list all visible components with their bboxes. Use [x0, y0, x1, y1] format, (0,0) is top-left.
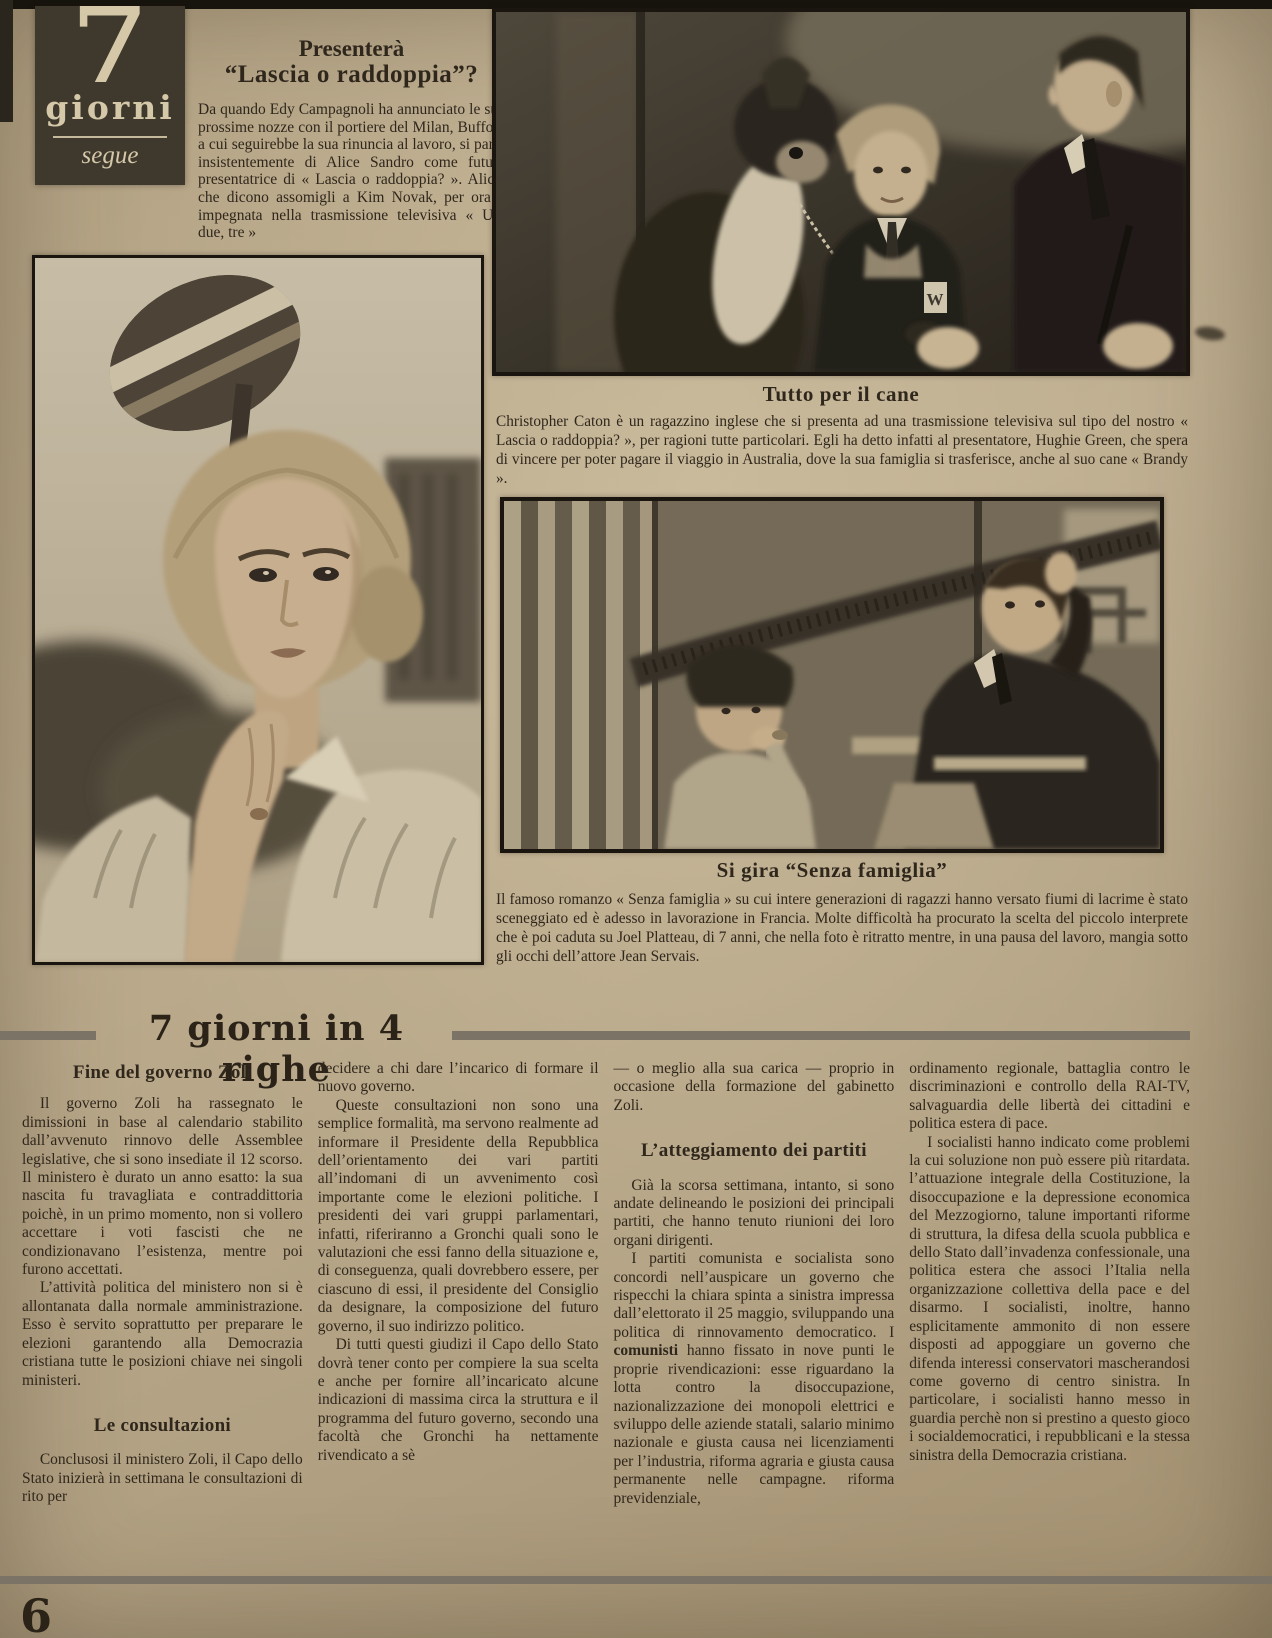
column4-paragraph: I socialisti hanno indicato come problem… [909, 1134, 1190, 1465]
photo-woman-paddle [32, 255, 484, 965]
masthead-name: giorni [35, 88, 185, 127]
news-column-3: — o meglio alla sua carica — proprio in … [614, 1060, 895, 1508]
column1-paragraph: Conclusosi il ministero Zoli, il Capo de… [22, 1451, 303, 1506]
column2-paragraph: Di tutti questi giudizi il Capo dello St… [318, 1336, 599, 1465]
page-number: 6 [20, 1589, 52, 1638]
dog-caption-title: Tutto per il cane [492, 382, 1190, 407]
column3-paragraph-bold: comunisti [614, 1342, 679, 1359]
column1-heading: Fine del governo Zoli [22, 1064, 303, 1082]
photo-boy-dog-presenter-art: W [496, 12, 1186, 372]
news-column-2: decidere a chi dare l’incarico di formar… [318, 1060, 599, 1508]
lead-article: Presenterà “Lascia o raddoppia”? Da quan… [198, 36, 505, 242]
film-caption-body: Il famoso romanzo « Senza famiglia » su … [496, 890, 1188, 966]
masthead-7-giorni: 7 giorni segue [35, 6, 185, 185]
photo-woman-paddle-art [35, 258, 481, 962]
column3-heading: L’atteggiamento dei partiti [614, 1142, 895, 1160]
column1-subheading: Le consultazioni [22, 1417, 303, 1435]
photo-film-set [500, 497, 1164, 853]
news-columns: Fine del governo Zoli Il governo Zoli ha… [22, 1060, 1190, 1508]
photo-film-set-art [504, 501, 1160, 849]
column2-paragraph: Queste consultazioni non sono una sempli… [318, 1097, 599, 1336]
lead-article-title-line2: “Lascia o raddoppia”? [198, 61, 505, 90]
masthead-segue-label: segue [35, 142, 185, 170]
left-edge-shadow [0, 0, 13, 122]
column2-paragraph: decidere a chi dare l’incarico di formar… [318, 1060, 599, 1097]
column3-paragraph: Già la scorsa settimana, intanto, si son… [614, 1177, 895, 1251]
news-column-1: Fine del governo Zoli Il governo Zoli ha… [22, 1060, 303, 1508]
column3-paragraph-pre: I partiti comunista e socialista sono co… [614, 1250, 895, 1341]
column1-paragraph: Il governo Zoli ha rassegnato le dimissi… [22, 1095, 303, 1279]
column3-paragraph-post: hanno fissato in nove punti le proprie r… [614, 1342, 895, 1506]
ink-smudge [1194, 325, 1226, 342]
magazine-page: 7 giorni segue Presenterà “Lascia o radd… [0, 0, 1272, 1638]
news-column-4: ordinamento regionale, battaglia contro … [909, 1060, 1190, 1508]
column4-paragraph: ordinamento regionale, battaglia contro … [909, 1060, 1190, 1134]
column3-paragraph: I partiti comunista e socialista sono co… [614, 1250, 895, 1508]
dog-caption-body: Christopher Caton è un ragazzino inglese… [496, 412, 1188, 488]
section-header-left-rule [0, 1031, 96, 1040]
footer-rule [0, 1576, 1272, 1584]
photo-boy-dog-presenter: W [492, 8, 1190, 376]
masthead-divider [53, 136, 167, 138]
lead-article-body: Da quando Edy Campagnoli ha annunciato l… [198, 101, 505, 242]
film-caption-title: Si gira “Senza famiglia” [500, 858, 1164, 883]
column3-paragraph: — o meglio alla sua carica — proprio in … [614, 1060, 895, 1115]
lead-article-title-line1: Presenterà [198, 36, 505, 61]
masthead-numeral: 7 [35, 6, 185, 100]
column1-paragraph: L’attività politica del ministero non si… [22, 1279, 303, 1389]
section-header-right-rule [452, 1031, 1190, 1040]
